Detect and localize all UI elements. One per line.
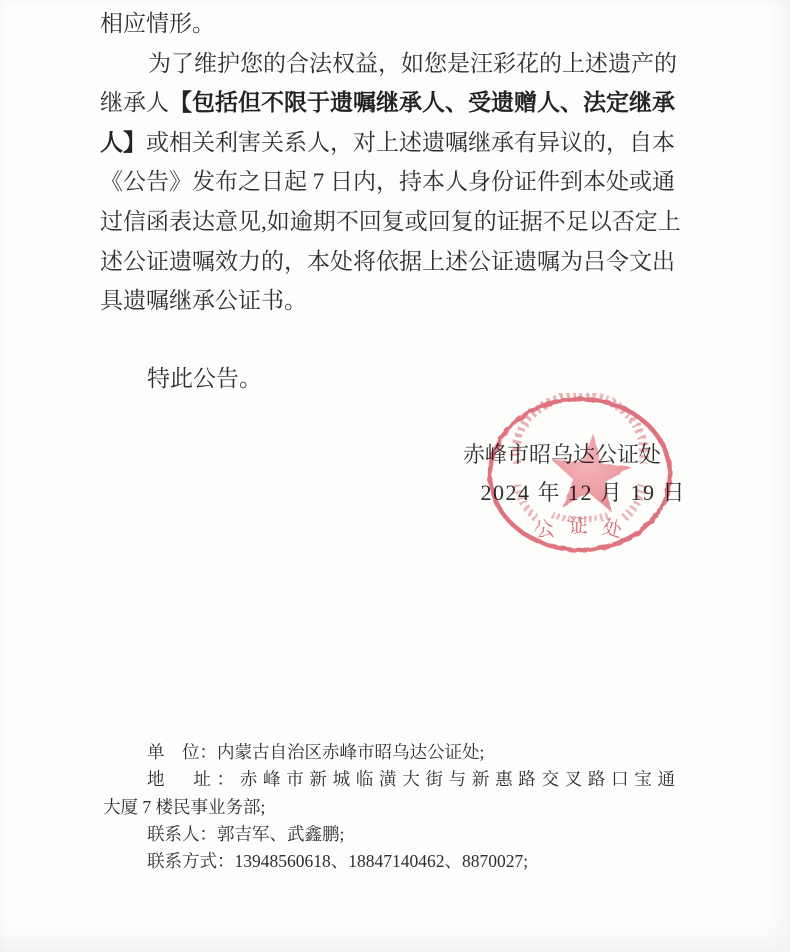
contact-person: 联系人：郭吉军、武鑫鹏; [103, 821, 675, 848]
text-run: 大厦 7 楼民事业务部; [103, 797, 265, 817]
text-run: 联系人：郭吉军、武鑫鹏; [147, 824, 344, 844]
announcement-body: 相应情形。为了维护您的合法权益，如您是汪彩花的上述遗产的继承人【包括但不限于遗嘱… [100, 4, 662, 321]
text-run: 联系方式：13948560618、18847140462、8870027; [147, 851, 528, 871]
contact-address-line-2: 大厦 7 楼民事业务部; [103, 794, 675, 821]
text-run: 过信函表达意见,如逾期不回复或回复的证据不足以否定上 [100, 209, 681, 234]
seal-bottom-text: 公 证 处 [532, 515, 628, 543]
body-line-4: 人】或相关利害关系人，对上述遗嘱继承有异议的，自本 [100, 123, 662, 163]
text-run: 为了维护您的合法权益，如您是汪彩花的上述遗产的 [148, 51, 677, 76]
seal-ring-script-left [517, 485, 536, 518]
closing-line: 特此公告。 [147, 360, 262, 393]
scanned-notice-page: 相应情形。为了维护您的合法权益，如您是汪彩花的上述遗产的继承人【包括但不限于遗嘱… [0, 0, 790, 952]
seal-bottom-text-shape: 公 证 处 [532, 515, 628, 543]
text-run: 单 位：内蒙古自治区赤峰市昭乌达公证处; [147, 742, 484, 762]
bold-emphasis: 人】 [100, 130, 146, 155]
text-run: 《公告》发布之日起 7 日内，持本人身份证件到本处或通 [100, 169, 675, 194]
seal-ring-script [516, 395, 644, 463]
text-run: 述公证遗嘱效力的，本处将依据上述公证遗嘱为吕令文出 [100, 249, 675, 274]
body-line-3: 继承人【包括但不限于遗嘱继承人、受遗赠人、法定继承 [100, 83, 662, 123]
contact-address-line-1: 地 址：赤峰市新城临潢大街与新惠路交叉路口宝通 [103, 766, 675, 793]
text-run: 具遗嘱继承公证书。 [100, 288, 307, 313]
body-line-8: 具遗嘱继承公证书。 [100, 281, 662, 321]
text-run: 继承人 [100, 90, 169, 115]
body-line-2: 为了维护您的合法权益，如您是汪彩花的上述遗产的 [100, 44, 662, 84]
body-line-7: 述公证遗嘱效力的，本处将依据上述公证遗嘱为吕令文出 [100, 242, 662, 282]
body-line-5: 《公告》发布之日起 7 日内，持本人身份证件到本处或通 [100, 162, 662, 202]
bold-emphasis: 【包括但不限于遗嘱继承人、受遗赠人、法定继承 [169, 90, 675, 115]
contact-unit: 单 位：内蒙古自治区赤峰市昭乌达公证处; [103, 739, 675, 766]
contact-phone: 联系方式：13948560618、18847140462、8870027; [103, 848, 675, 875]
seal-star-icon [547, 431, 633, 514]
notary-seal: 公 证 处 [486, 393, 676, 561]
text-run: 地 址：赤峰市新城临潢大街与新惠路交叉路口宝通 [147, 769, 675, 789]
contact-block: 单 位：内蒙古自治区赤峰市昭乌达公证处;地 址：赤峰市新城临潢大街与新惠路交叉路… [103, 739, 675, 875]
text-run: 相应情形。 [100, 11, 215, 36]
body-line-6: 过信函表达意见,如逾期不回复或回复的证据不足以否定上 [100, 202, 662, 242]
seal-ring-script-right [624, 485, 643, 518]
text-run: 或相关利害关系人，对上述遗嘱继承有异议的，自本 [146, 130, 675, 155]
body-line-1: 相应情形。 [100, 4, 662, 44]
